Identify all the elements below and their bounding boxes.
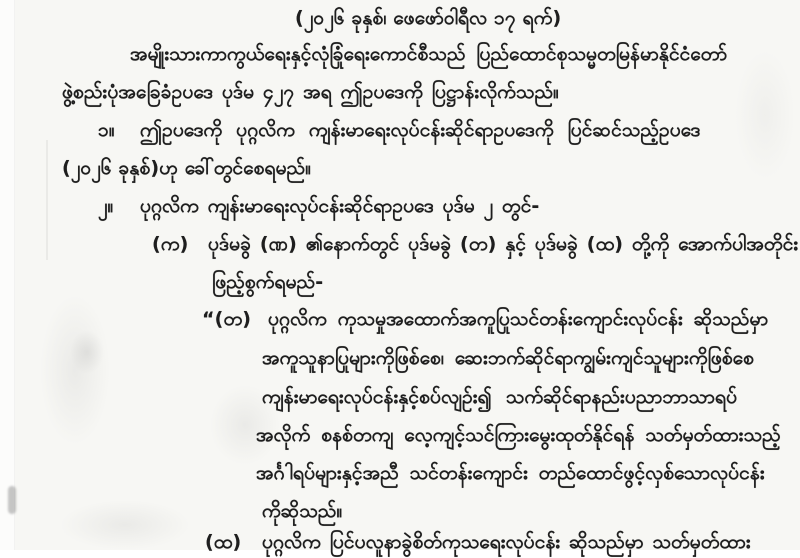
clause-ta-line-6: ကိုဆိုသည်။ xyxy=(262,499,342,527)
section-2-number: ၂။ xyxy=(98,194,114,222)
scan-smudge-artifact xyxy=(8,486,16,514)
scan-shading-artifact xyxy=(735,50,795,180)
clause-ta-line-5: အင်္ဂါရပ်များနှင့်အညီ သင်တန်းကျောင်း တည်… xyxy=(256,461,765,489)
clause-ta-marker: “(တ) xyxy=(202,307,251,335)
clause-ta-line-2: အကူသူနာပြုများကိုဖြစ်စေ၊ ဆေးဘက်ဆိုင်ရာကျ… xyxy=(262,346,754,374)
enactment-date-line: (၂၀၂၆ ခုနှစ်၊ ဖေဖော်ဝါရီလ ၁၇ ရက်) xyxy=(295,6,561,34)
preamble-line-1: အမျိုးသားကာကွယ်ရေးနှင့်လုံခြုံရေးကောင်စီ… xyxy=(130,42,727,70)
clause-ta-line-1: ပုဂ္ဂလိက ကုသမှုအထောက်အကူပြုသင်တန်းကျောင်… xyxy=(268,307,768,335)
clause-ka-line-2: ဖြည့်စွက်ရမည်- xyxy=(212,270,323,298)
scan-shading-artifact xyxy=(40,295,110,445)
clause-ka-marker: (က) xyxy=(152,232,189,260)
clause-hta-line-1: ပုဂ္ဂလိက ပြင်ပလူနာခွဲစိတ်ကုသရေးလုပ်ငန်း … xyxy=(262,530,751,550)
section-1-number: ၁။ xyxy=(98,118,115,146)
section-1-line-2: (၂၀၂၆ ခုနှစ်)ဟု ခေါ်တွင်စေရမည်။ xyxy=(62,156,311,184)
preamble-line-2: ဖွဲ့စည်းပုံအခြေခံဥပဒေ ပုဒ်မ ၄၂၇ အရ ဤဥပဒေ… xyxy=(62,80,559,108)
clause-ka-line-1: ပုဒ်မခွဲ (ဏ) ၏နောက်တွင် ပုဒ်မခွဲ (တ) နှင… xyxy=(208,232,798,260)
scan-shading-artifact xyxy=(60,500,190,550)
clause-ta-line-4: အလိုက် စနစ်တကျ လေ့ကျင့်သင်ကြားမွေးထုတ်နိ… xyxy=(256,423,781,451)
section-2-line-1: ပုဂ္ဂလိက ကျန်းမာရေးလုပ်ငန်းဆိုင်ရာဥပဒေ ပ… xyxy=(140,194,540,222)
section-1-line-1: ဤဥပဒေကို ပုဂ္ဂလိက ကျန်းမာရေးလုပ်ငန်းဆိုင… xyxy=(140,118,700,146)
clause-ta-line-3: ကျန်းမာရေးလုပ်ငန်းနှင့်စပ်လျဉ်း၍ သက်ဆိုင… xyxy=(262,385,737,413)
scan-shading-artifact xyxy=(70,330,104,374)
scanned-law-document-page: (၂၀၂၆ ခုနှစ်၊ ဖေဖော်ဝါရီလ ၁၇ ရက်) အမျိုး… xyxy=(0,0,800,550)
scan-seam-artifact xyxy=(46,140,48,260)
clause-hta-marker: (ထ) xyxy=(205,530,241,550)
page-left-edge xyxy=(0,0,15,550)
